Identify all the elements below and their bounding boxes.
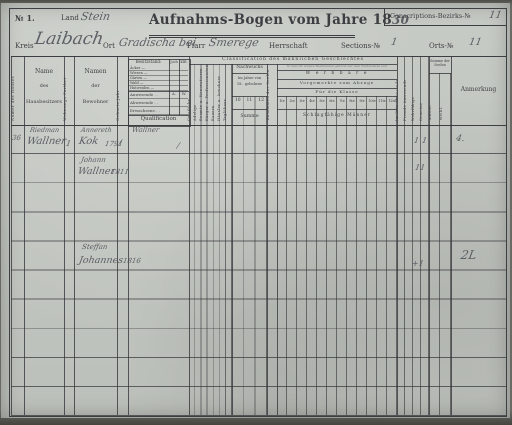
haus-number-column-label: Numer des Hauses [10,76,15,121]
personen-row-2: Erwachsene . . [130,109,160,113]
pfarr-label: Pfarr [187,43,205,50]
land-value-handwritten: Stein [80,10,111,23]
kreis-label: Kreis [15,43,34,50]
entry-r5-year: 1816 [122,257,141,265]
klassen-columns-grid [277,96,397,415]
entry-r1-bewohner-line2: Kok [78,136,99,147]
entry-r1-besitz-name: Wallner [131,126,160,134]
form-sheet: № 1. Land Stein Aufnahms-Bogen vom Jahre… [1,3,510,418]
klasse-9: 10te [367,100,377,103]
klasse-7: 8te [347,100,357,103]
form-title: Aufnahms-Bogen vom Jahre 1830 [149,13,355,38]
werbbare-row3: Für die Klasse [277,90,397,94]
werbbare-fineprint: In dem für andere Bestimmten gehöret der… [277,65,397,68]
summe-sub-weiblich: weibl. [438,106,443,120]
klasse-6: 7te [337,100,347,103]
personen-row-1: Abwesende . . [130,101,158,105]
owner-column-label-3: Hausbesitzers [24,100,64,105]
klasse-4: 5te [317,100,327,103]
summe-group-header: Summe der Seelen [429,59,451,67]
besitz-unit-joch: Joch [169,61,179,65]
grid-line [232,96,267,97]
personen-row-0: Anwesende . . [130,93,158,97]
orts-label: Orts-№ [429,43,453,50]
form-title-text: Aufnahms-Bogen vom Jahre 18 [149,12,392,28]
nachwuchs-year-1: 11 [244,99,256,104]
klasse-3: 4te [307,100,317,103]
nachwuchs-header: Nachwuchs [232,66,267,71]
entry-r2-bewohner-line1: Johann [80,156,106,164]
werbbare-header: W e r b b a r e [277,72,397,77]
ort-value-handwritten: Gradischa bei [118,36,197,49]
wohnung-column-label: Wohnungs-Parthei [62,77,67,121]
bewohner-column-label-2: der [74,84,117,89]
entry-r1-owner-line1: Riedman [29,126,60,134]
owner-column-label-2: des [24,84,64,89]
personen-col-w: W. [179,92,189,96]
zusammen-column-label: Zusammen der Seelen [265,69,270,120]
grid-line [277,109,397,110]
nachwuchs-year-0: 10 [232,99,244,104]
right-col-1: Fremde Anwesende [403,79,407,121]
werbbare-row2: Vorgemerkte zum Abzuge [277,81,397,85]
grid-line [451,56,452,415]
right-col-2: Wehrfähige [411,97,415,121]
klasse-0: 1te [277,100,287,103]
qualification-label: Qualification [128,117,189,123]
entry-r1-anmerkung: 4. [455,134,465,144]
nachwuchs-subtext-2: 18.. gebohrne [232,83,267,87]
herrschaft-label: Herrschaft [269,43,308,50]
grid-line [24,56,25,415]
class-col-4: Bauern [211,105,215,121]
geburtsjahr-column-label: Geburts-Jahr [115,90,120,121]
entry-r5-anmerkung: 2L [460,248,478,262]
entry-r5-mark: +1 [411,259,424,268]
nachwuchs-summe: Summe [232,114,267,119]
summe-columns-grid [429,73,451,415]
klasse-2: 3te [297,100,307,103]
besitz-unit-klafter: Klft. [179,61,189,65]
pfarr-value-handwritten: Smerege [208,36,260,49]
conscription-value-handwritten: 11 [488,10,503,21]
klasse-1: 2te [287,100,297,103]
conscription-label: Conscriptions-Bezirks-№ [390,13,471,20]
summe-sub-maennlich: männl. [427,104,432,120]
grid-line [429,73,451,74]
classification-header: Classification des männlichen Geschlecht… [189,58,397,63]
land-label: Land [61,15,79,22]
entry-r5-bewohner-line2: Johannes [78,255,124,266]
bewohner-column-label-3: Bewohner [74,100,117,105]
klasse-5: 6te [327,100,337,103]
photo-background: № 1. Land Stein Aufnahms-Bogen vom Jahre… [0,0,512,425]
bewohner-column-label-1: Namen [74,69,117,75]
personen-col-a: A. [169,92,179,96]
entry-r1-haus-no: 36 [11,134,21,142]
orts-value-handwritten: 11 [468,37,483,48]
nachwuchs-subtext-1: Im Jahre von [232,77,267,81]
klasse-10: 11te [377,100,387,103]
class-col-0: Geistliche [187,99,191,121]
ort-label: Ort [103,43,115,50]
grid-line [277,96,397,97]
sections-label: Sections-№ [341,43,380,50]
nachwuchs-columns-grid [232,96,267,415]
entry-r5-bewohner-line1: Steffan [81,243,108,251]
entry-r2-mark: 11 [414,163,426,172]
entry-r1-owner-line2: Wallner [26,136,67,147]
entry-r2-year: 1811 [110,168,129,176]
werbbare-footer: Schlagfähige Männer [277,114,397,119]
class-col-2: Beamte u. Honoratioren [199,68,203,121]
kreis-value-handwritten: Laibach [33,29,105,49]
grid-line [232,73,267,74]
right-col-3: Gemeine [419,102,423,121]
class-col-5: Häusler u. Inwohner [217,76,221,121]
anmerkung-column-label: Anmerkung [451,87,506,93]
right-col-0: Im Orte Abwesende [395,79,399,121]
grid-line [74,56,75,415]
entry-r1-bewohner-line1: Annereth [80,126,112,134]
class-col-3: Bürger u. Professionisten [205,64,209,121]
owner-column-label-1: Name [24,69,64,75]
grid-line [232,109,267,110]
conscription-box: Conscriptions-Bezirks-№ 11 [384,8,506,26]
sheet-number: № 1. [15,14,35,22]
klasse-8: 9te [357,100,367,103]
besitz-header: Besitzstand: [128,60,169,64]
class-col-1: Adelige [193,104,197,121]
class-col-6: Taglöhner [223,99,227,121]
besitz-row-4: Hutweiden — [130,87,154,91]
